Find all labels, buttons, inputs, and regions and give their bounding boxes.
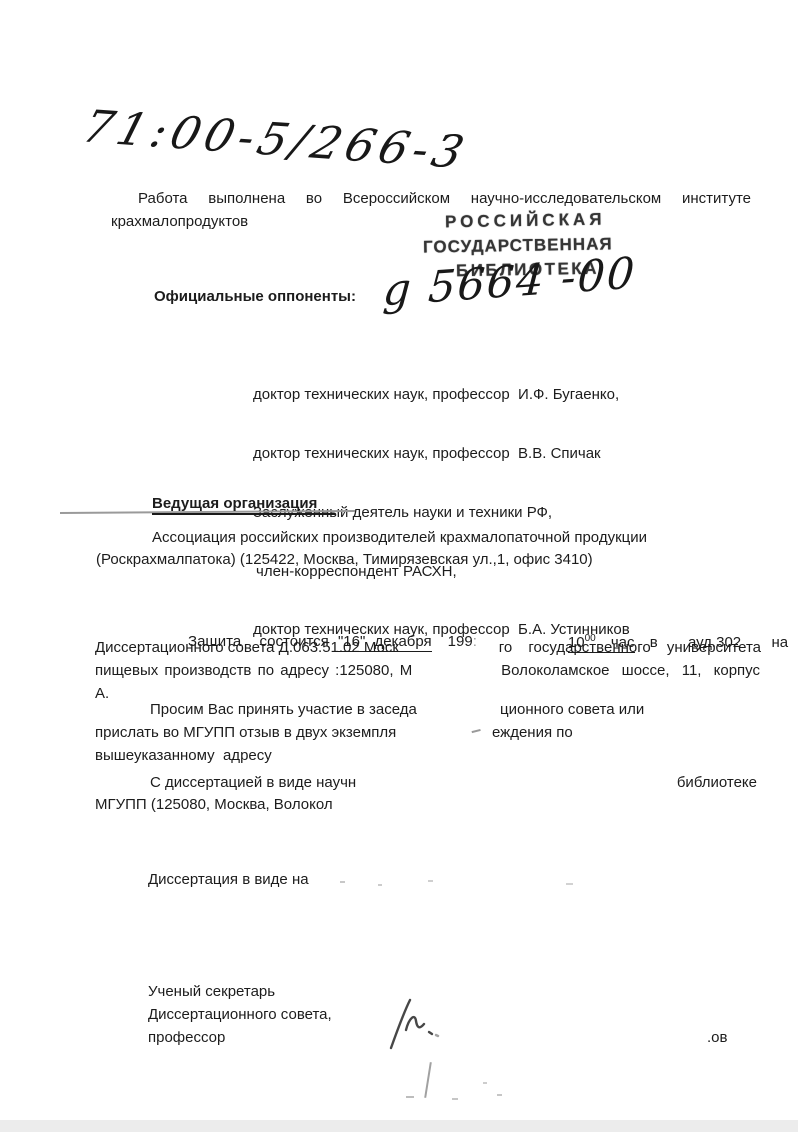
speck — [406, 1096, 414, 1098]
defense-line-2: Диссертационного совета Д.063.51.02 Моск… — [95, 639, 761, 656]
speck — [428, 880, 433, 882]
handwritten-accession-number: g 5664 -00 — [381, 248, 637, 316]
stray-pen-stroke — [424, 1062, 432, 1098]
intro-line-2: крахмалопродуктов — [111, 213, 248, 230]
defense-line-2-right: го государственного университета — [499, 639, 761, 656]
secretary-line-1: Ученый секретарь — [148, 983, 275, 1000]
speck — [378, 884, 382, 886]
library-stamp-line-1: РОССИЙСКАЯ — [445, 210, 606, 233]
defense-line-4: А. — [95, 685, 109, 702]
speck — [566, 883, 573, 885]
defense-line-2-left: Диссертационного совета Д.063.51.02 Моск — [95, 639, 399, 656]
library-access-line-1-right: библиотеке — [677, 774, 757, 791]
summary-line: Диссертация в виде на — [148, 871, 309, 888]
erased-text-mark — [472, 729, 482, 736]
leading-org-line-2: (Роскрахмалпатока) (125422, Москва, Тими… — [96, 551, 593, 568]
request-line-1-right: ционного совета или — [500, 701, 644, 718]
defense-line-3: пищевых производств по адресу :125080, М… — [95, 662, 760, 679]
speck — [340, 881, 345, 883]
speck — [452, 1098, 458, 1100]
defense-line-3-right: Волоколамское шоссе, 11, корпус — [501, 662, 760, 679]
defense-line-3-left: пищевых производств по адресу :125080, М — [95, 662, 412, 679]
speck — [483, 1082, 487, 1084]
scan-edge-strip — [0, 1120, 798, 1132]
request-line-3: вышеуказанному адресу — [95, 747, 272, 764]
speck — [497, 1094, 502, 1096]
opponent-line: доктор технических наук, профессор В.В. … — [253, 444, 630, 464]
handwritten-catalog-number: 71:00-5/266-3 — [77, 100, 474, 179]
opponent-line: доктор технических наук, профессор И.Ф. … — [253, 385, 630, 405]
request-line-2-left: прислать во МГУПП отзыв в двух экземпля — [95, 724, 396, 741]
opponents-heading: Официальные оппоненты: — [154, 288, 356, 305]
scanned-page: 71:00-5/266-3 Работа выполнена во Всерос… — [0, 0, 798, 1132]
intro-line-1: Работа выполнена во Всероссийском научно… — [111, 190, 751, 207]
secretary-line-2: Диссертационного совета, — [148, 1006, 332, 1023]
request-line-2-right: еждения по — [492, 724, 573, 741]
library-access-line-1-left: С диссертацией в виде научн — [150, 774, 356, 791]
request-line-1-left: Просим Вас принять участие в заседа — [150, 701, 417, 718]
signature-mark — [388, 998, 448, 1050]
signer-name-fragment: .ов — [707, 1029, 727, 1046]
secretary-line-3: профессор — [148, 1029, 225, 1046]
leading-org-heading: Ведущая организация — [152, 495, 335, 515]
library-access-line-2: МГУПП (125080, Москва, Волокол — [95, 796, 333, 813]
leading-org-line-1: Ассоциация российских производителей кра… — [152, 529, 647, 546]
